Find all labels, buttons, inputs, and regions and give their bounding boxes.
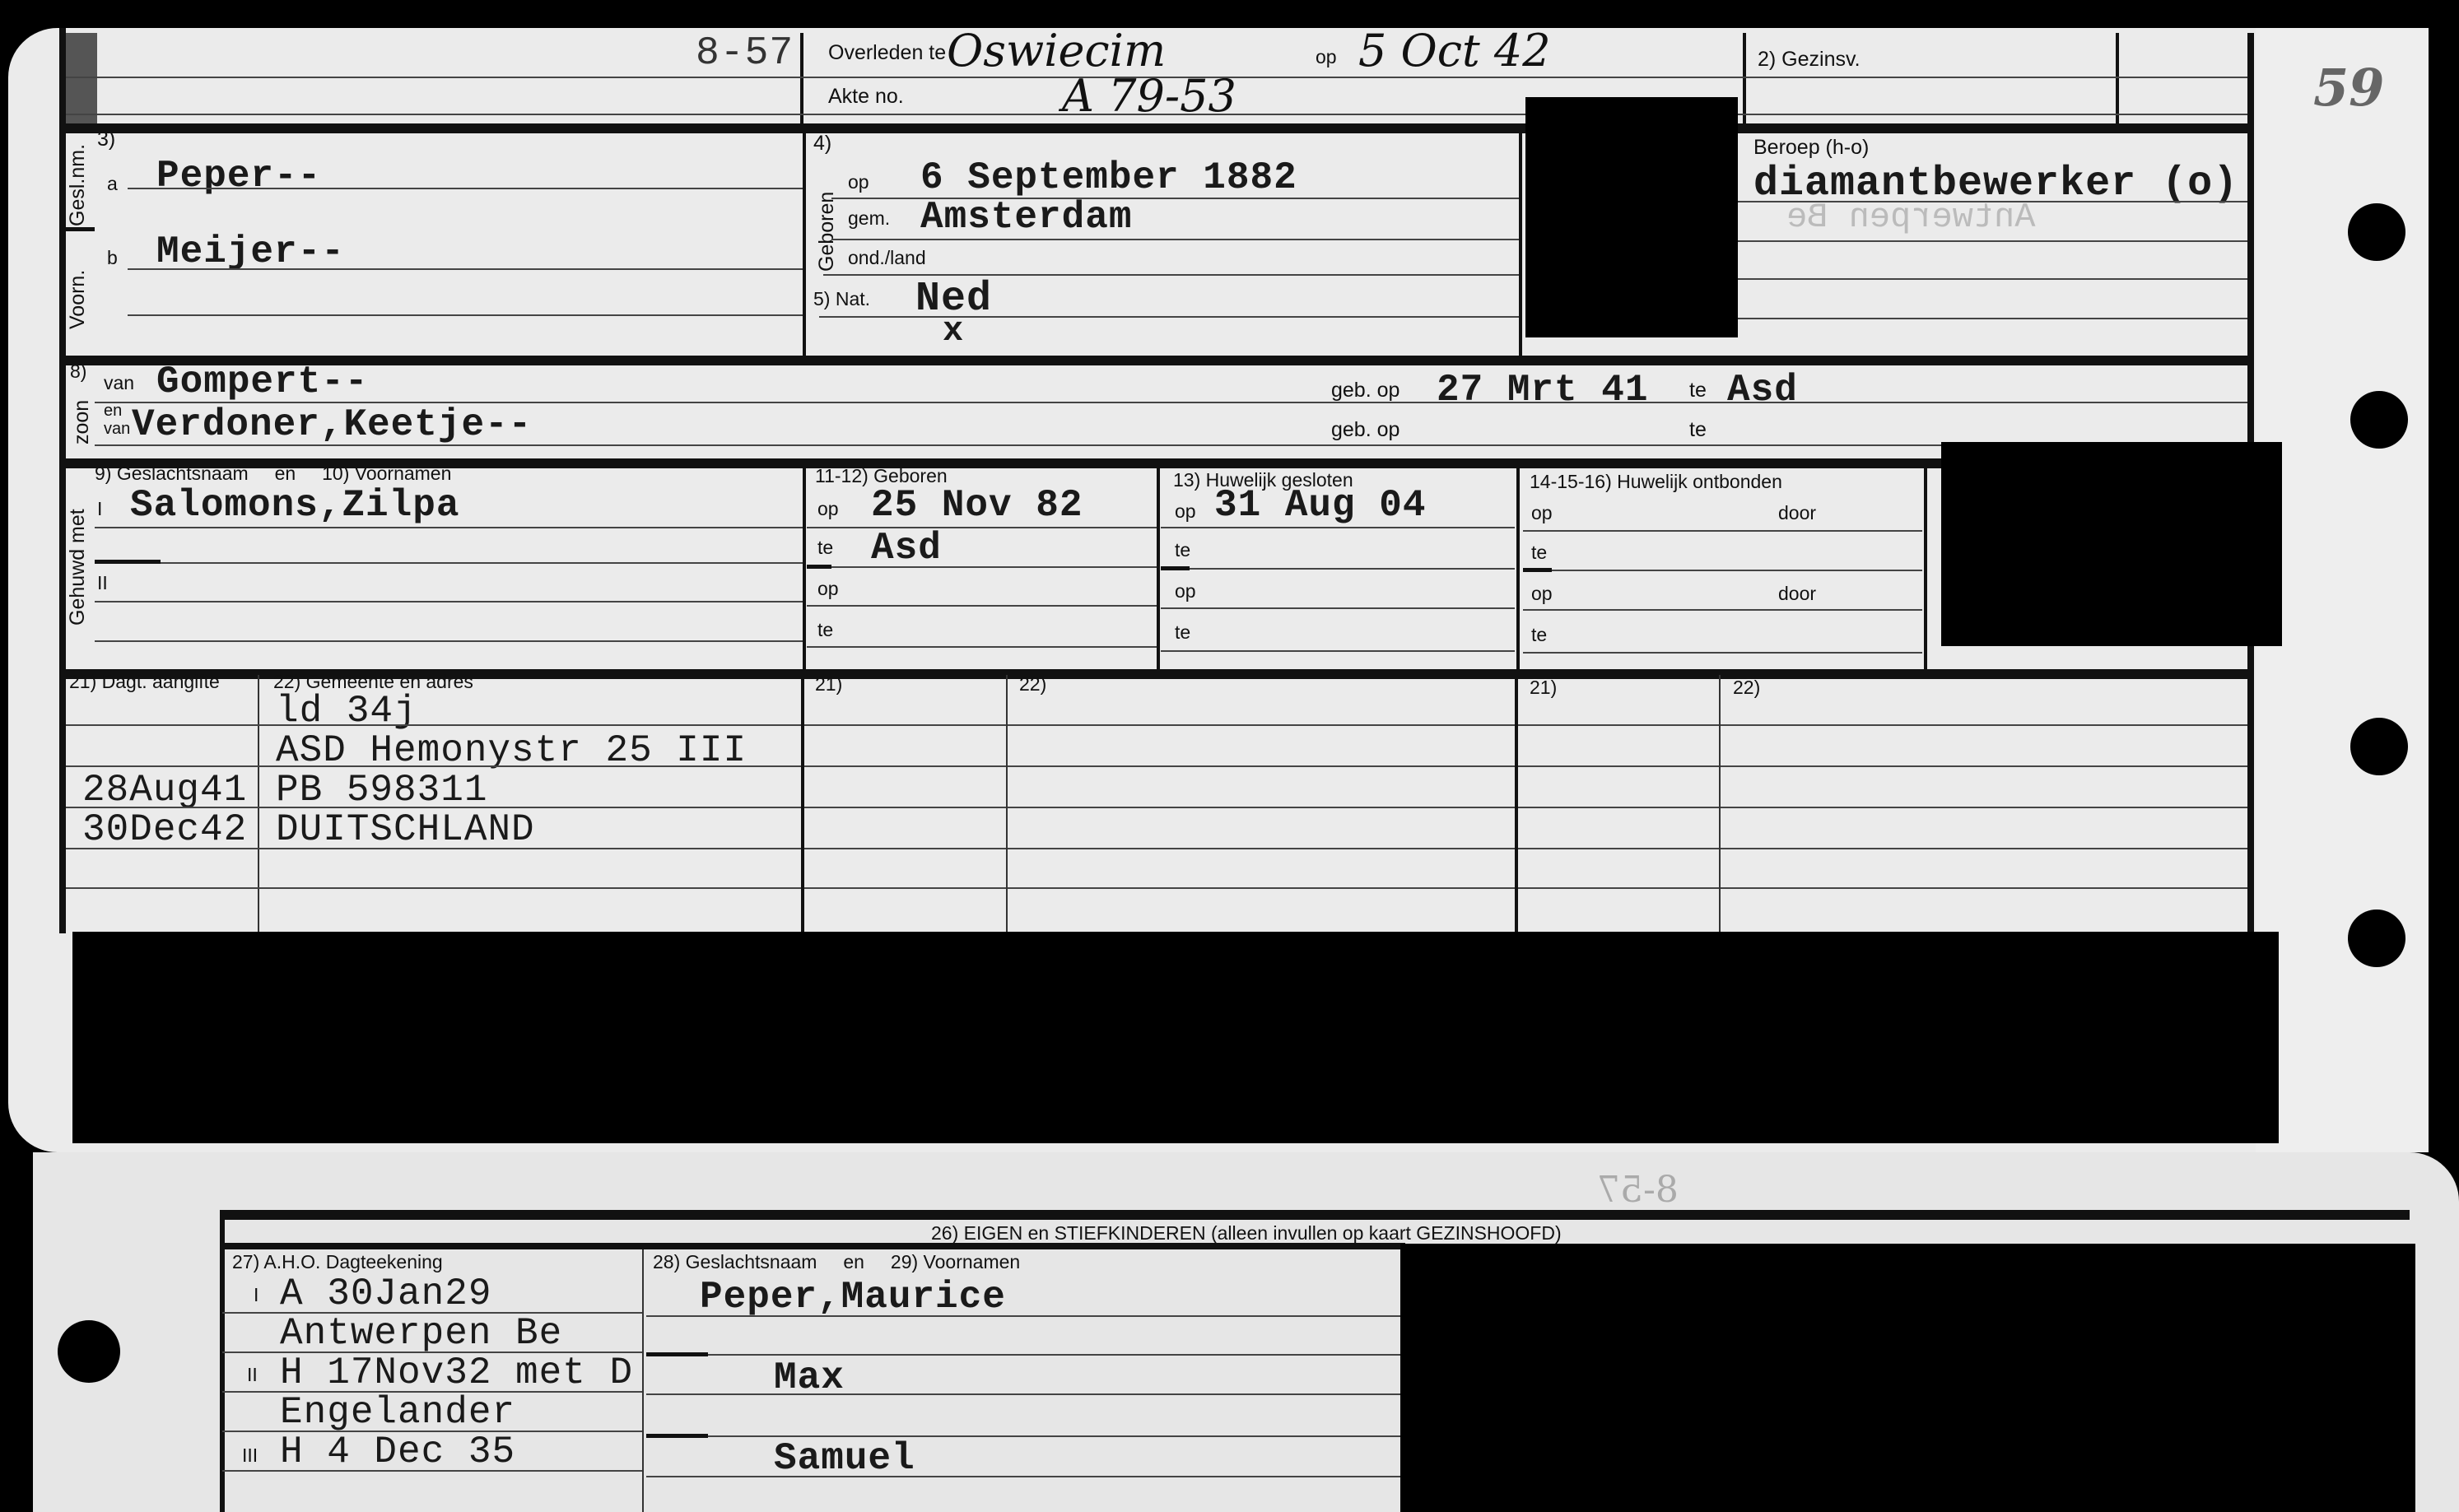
- redacted-block: [1941, 442, 2282, 646]
- address-entry-2: PB 598311: [276, 769, 487, 812]
- rule: [807, 527, 1157, 528]
- child-name-header: 28) Geslachtsnaam en 29) Voornamen: [653, 1251, 1020, 1273]
- address-date-2: 28Aug41: [82, 769, 247, 812]
- rule: [95, 527, 803, 528]
- rule: [807, 646, 1157, 648]
- rule: [803, 724, 2247, 726]
- children-section-header: 26) EIGEN en STIEFKINDEREN (alleen invul…: [931, 1222, 1562, 1244]
- father-geb-op-label: geb. op: [1331, 379, 1399, 402]
- rule: [803, 765, 2247, 767]
- frame-left-border: [59, 28, 66, 933]
- rule: [1161, 607, 1515, 609]
- dissolved-header: 14-15-16) Huwelijk ontbonden: [1530, 471, 1782, 493]
- surname: Peper--: [156, 155, 321, 198]
- section-4-num: 4): [813, 132, 831, 156]
- divider: [803, 465, 806, 669]
- aho-entry-0: A 30Jan29: [280, 1272, 491, 1315]
- divider: [1515, 675, 1518, 934]
- rule: [1523, 652, 1922, 654]
- rule: [807, 565, 831, 569]
- col-22-header-2: 22): [1733, 677, 1760, 699]
- aho-marker-2: II: [247, 1364, 258, 1386]
- voorn-label: Voorn.: [66, 270, 90, 329]
- col-21-header-2: 21): [1530, 677, 1557, 699]
- divider: [258, 675, 259, 934]
- col-22-header: 22): [1019, 673, 1046, 696]
- aho-header: 27) A.H.O. Dagteekening: [232, 1251, 443, 1273]
- birth-op-label: op: [848, 171, 869, 193]
- aho-entry-4: H 4 Dec 35: [280, 1431, 515, 1473]
- aho-marker-4: III: [242, 1445, 258, 1467]
- dissolved-op-label-2: op: [1531, 583, 1553, 605]
- rule: [95, 444, 2247, 446]
- rule: [62, 227, 95, 231]
- rule: [66, 848, 2247, 849]
- rule: [646, 1352, 708, 1356]
- spouse-1-name: Salomons,Zilpa: [130, 484, 459, 527]
- rule: [1523, 609, 1922, 611]
- rule: [1737, 278, 2247, 280]
- address-entry-3: DUITSCHLAND: [276, 808, 535, 851]
- nationality-extra: x: [943, 311, 964, 351]
- rule: [1190, 568, 1515, 570]
- rule: [819, 316, 1519, 318]
- rule: [1737, 240, 2247, 242]
- gezinsv-label: 2) Gezinsv.: [1758, 48, 1861, 72]
- punch-hole: [2348, 203, 2405, 261]
- rule: [1161, 566, 1190, 570]
- rule: [222, 1470, 642, 1472]
- divider: [803, 128, 806, 358]
- op-label: op: [1316, 46, 1337, 68]
- father-birth-date: 27 Mrt 41: [1437, 369, 1648, 412]
- rule: [128, 188, 803, 189]
- punch-hole: [2350, 718, 2408, 775]
- rule: [646, 1393, 1404, 1395]
- aho-entry-1: Antwerpen Be: [280, 1312, 562, 1355]
- a-marker: a: [107, 173, 118, 195]
- born-te-label-2: te: [817, 619, 833, 641]
- divider: [1006, 675, 1008, 934]
- spouse-name-header: 9) Geslachtsnaam en 10) Voornamen: [95, 463, 451, 485]
- address-date-3: 30Dec42: [82, 808, 247, 851]
- born-te-label: te: [817, 537, 833, 559]
- dissolved-op-label: op: [1531, 502, 1553, 524]
- punch-hole: [58, 1320, 120, 1383]
- gehuwd-met-label: Gehuwd met: [66, 509, 90, 626]
- married-op-label: op: [1175, 500, 1196, 523]
- table-left-border: [220, 1212, 225, 1512]
- death-place: Oswiecim: [947, 25, 1166, 77]
- aho-entry-3: Engelander: [280, 1391, 515, 1434]
- roman-II: II: [97, 572, 108, 594]
- bleed-through-card-number: 8-57: [1597, 1169, 1679, 1211]
- van-label: van: [104, 372, 134, 394]
- gesl-nm-label: Gesl.nm.: [66, 144, 90, 226]
- col-21-header: 21): [815, 673, 842, 696]
- section-divider: [220, 1210, 2410, 1220]
- rule: [646, 1476, 1404, 1477]
- born-op-label: op: [817, 498, 839, 520]
- ond-land-label: ond./land: [848, 247, 926, 269]
- birth-municipality: Amsterdam: [920, 196, 1132, 239]
- given-names: Meijer--: [156, 230, 345, 273]
- rule: [831, 239, 1519, 240]
- rule: [66, 724, 803, 726]
- mother-te-label: te: [1689, 418, 1707, 442]
- rule: [95, 402, 2247, 403]
- redacted-photo-area: [1525, 97, 1738, 337]
- rule: [646, 1434, 708, 1438]
- married-te-label-2: te: [1175, 621, 1190, 644]
- rule: [1523, 530, 1922, 532]
- gem-label: gem.: [848, 207, 890, 230]
- divider: [801, 675, 804, 934]
- dissolved-door-label-2: door: [1778, 583, 1816, 605]
- mother-geb-op-label: geb. op: [1331, 418, 1399, 442]
- nat-label: 5) Nat.: [813, 288, 870, 310]
- punch-hole: [2350, 391, 2408, 449]
- mother-name: Verdoner,Keetje--: [132, 403, 532, 446]
- spouse-1-born-place: Asd: [871, 527, 942, 570]
- father-name: Gompert--: [156, 361, 368, 403]
- divider: [1519, 128, 1522, 358]
- punch-hole: [2348, 910, 2405, 967]
- father-te-label: te: [1689, 379, 1707, 402]
- rule: [95, 640, 803, 642]
- married-te-label: te: [1175, 539, 1190, 561]
- rule: [831, 566, 1157, 568]
- rule: [128, 268, 803, 270]
- bleed-through-text: Antwerpen Be: [1786, 198, 2035, 237]
- rule: [66, 77, 2247, 78]
- date-declaration-header: 21) Dagt. aangifte: [69, 671, 220, 693]
- rule: [803, 807, 2247, 808]
- akte-label: Akte no.: [828, 85, 904, 109]
- overleden-label: Overleden te: [828, 41, 946, 65]
- dissolved-door-label: door: [1778, 502, 1816, 524]
- rule: [128, 314, 803, 316]
- section-divider: [220, 1243, 1405, 1249]
- married-op-label-2: op: [1175, 580, 1196, 602]
- page-number: 59: [2313, 58, 2384, 118]
- section-divider: [59, 356, 2249, 365]
- section-divider: [59, 123, 2249, 133]
- dissolved-te-label: te: [1531, 542, 1547, 564]
- death-date: 5 Oct 42: [1358, 25, 1551, 77]
- occupation-label: Beroep (h-o): [1753, 136, 1869, 160]
- spouse-1-born-date: 25 Nov 82: [871, 484, 1083, 527]
- geboren-label: Geboren: [815, 192, 839, 272]
- aho-marker-0: I: [254, 1284, 258, 1306]
- divider: [1516, 465, 1520, 669]
- marriage-1-date: 31 Aug 04: [1214, 484, 1426, 527]
- divider: [642, 1249, 644, 1512]
- divider: [1157, 465, 1160, 669]
- rule: [161, 562, 803, 564]
- rule: [95, 601, 803, 602]
- rule: [1552, 570, 1922, 571]
- redacted-block: [72, 932, 2279, 1143]
- rule: [1161, 650, 1515, 652]
- rule: [708, 1354, 1404, 1356]
- rule: [1523, 568, 1552, 572]
- rule: [1161, 527, 1515, 528]
- divider: [1924, 465, 1927, 669]
- child-name-2: Samuel: [774, 1437, 915, 1480]
- divider: [1719, 675, 1721, 934]
- rule: [95, 560, 161, 564]
- birth-date: 6 September 1882: [920, 156, 1297, 199]
- rule: [66, 765, 803, 767]
- rule: [66, 887, 2247, 889]
- rule: [66, 114, 2247, 115]
- redacted-block: [1400, 1244, 2415, 1512]
- rule: [807, 605, 1157, 607]
- section-3-num: 3): [97, 128, 115, 151]
- rule: [1737, 318, 2247, 319]
- rule: [646, 1315, 1404, 1317]
- section-8-num: 8): [70, 361, 86, 383]
- b-marker: b: [107, 247, 118, 269]
- zoon-label: zoon: [70, 400, 94, 444]
- address-entry-0: ld 34j: [276, 690, 417, 733]
- child-name-0: Peper,Maurice: [700, 1276, 1006, 1319]
- father-birth-place: Asd: [1727, 369, 1798, 412]
- roman-I: I: [97, 498, 102, 520]
- born-op-label-2: op: [817, 578, 839, 600]
- card-number: 8-57: [696, 31, 794, 76]
- aho-entry-2: H 17Nov32 met D: [280, 1351, 633, 1394]
- dissolved-te-label-2: te: [1531, 624, 1547, 646]
